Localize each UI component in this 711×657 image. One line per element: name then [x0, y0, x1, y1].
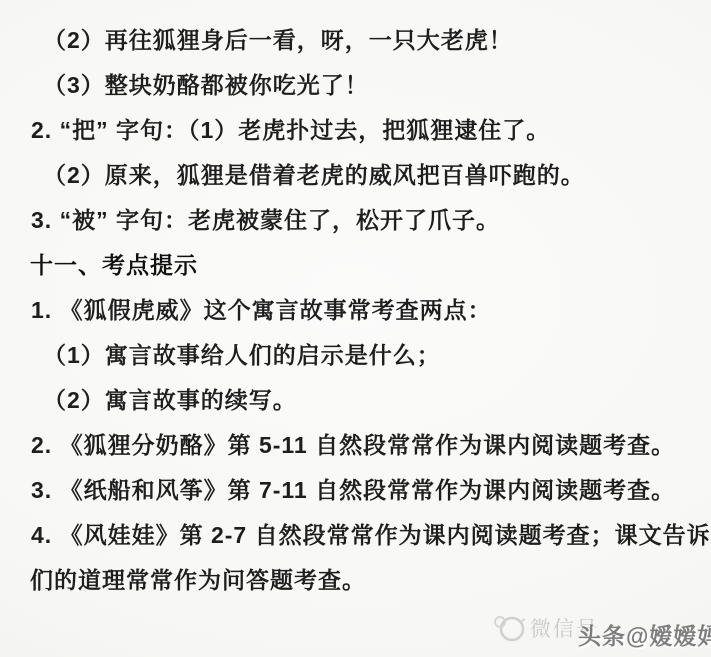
- section-heading: 十一、考点提示: [0, 243, 711, 288]
- text-line: 3. 《纸船和风筝》第 7-11 自然段常常作为课内阅读题考查。: [0, 468, 711, 513]
- text-line: （2）再往狐狸身后一看，呀，一只大老虎！: [0, 18, 711, 63]
- text-line: （1）寓言故事给人们的启示是什么；: [0, 333, 711, 378]
- chick-icon: [492, 614, 526, 649]
- text-line: 3. “被” 字句：老虎被蒙住了，松开了爪子。: [0, 198, 711, 243]
- account-label: 头条@嫒嫒妈: [578, 618, 711, 651]
- watermark: 微信号 头条@嫒嫒妈: [492, 610, 707, 652]
- text-line: 们的道理常常作为问答题考查。: [0, 558, 711, 603]
- text-line: 1. 《狐假虎威》这个寓言故事常考查两点：: [0, 288, 711, 333]
- text-line: （2）寓言故事的续写。: [0, 378, 711, 423]
- text-line: 4. 《风娃娃》第 2-7 自然段常常作为课内阅读题考查；课文告诉我: [0, 513, 711, 558]
- text-line: （3）整块奶酪都被你吃光了！: [0, 63, 711, 108]
- text-line: （2）原来，狐狸是借着老虎的威风把百兽吓跑的。: [0, 153, 711, 198]
- document-page: { "page": { "background": "#f7f7f5", "te…: [0, 0, 711, 657]
- document-body: （2）再往狐狸身后一看，呀，一只大老虎！ （3）整块奶酪都被你吃光了！ 2. “…: [0, 0, 711, 603]
- text-line: 2. “把” 字句：（1）老虎扑过去，把狐狸逮住了。: [0, 108, 711, 153]
- text-line: 2. 《狐狸分奶酪》第 5-11 自然段常常作为课内阅读题考查。: [0, 423, 711, 468]
